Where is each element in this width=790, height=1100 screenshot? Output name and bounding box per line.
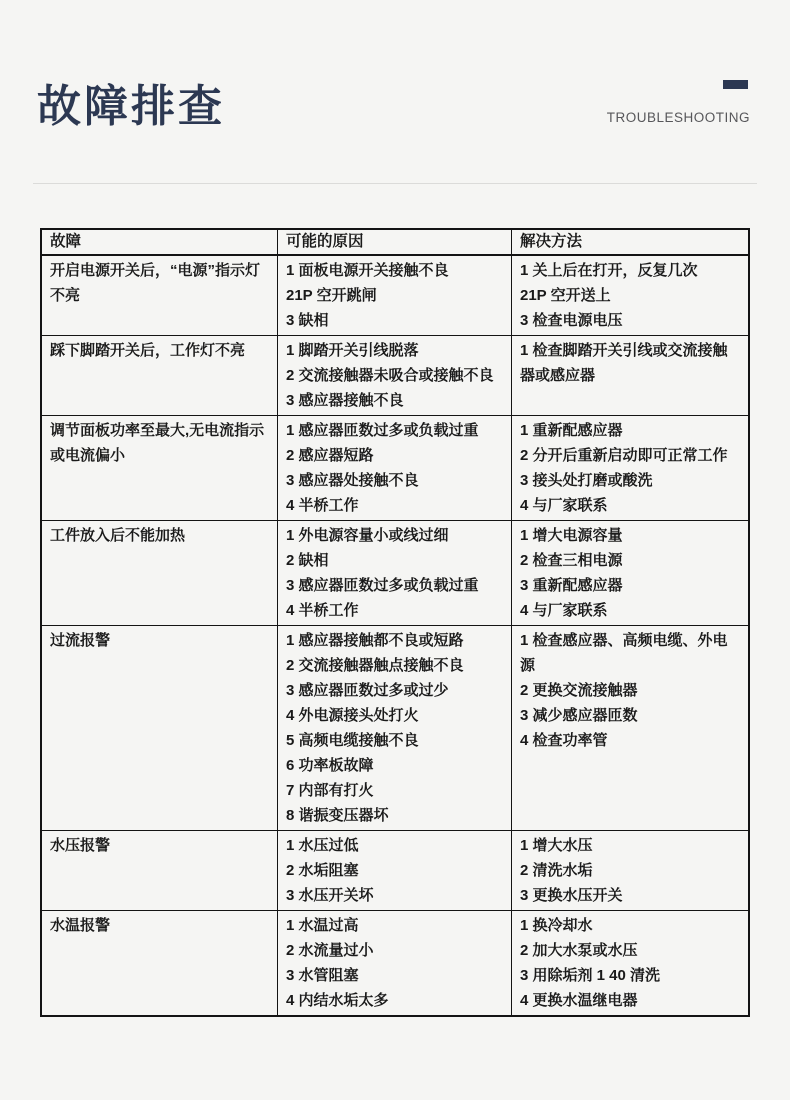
table-header-row: 故障 可能的原因 解决方法 bbox=[42, 230, 748, 256]
solutions-cell: 1 重新配感应器2 分开后重新启动即可正常工作3 接头处打磨或酸洗4 与厂家联系 bbox=[512, 416, 748, 520]
cell-line: 3 缺相 bbox=[286, 308, 503, 333]
cell-line: 1 外电源容量小或线过细 bbox=[286, 523, 503, 548]
header-divider bbox=[33, 183, 757, 184]
causes-cell: 1 感应器接触都不良或短路2 交流接触器触点接触不良3 感应器匝数过多或过少4 … bbox=[278, 626, 512, 830]
solutions-cell: 1 增大水压2 清洗水垢3 更换水压开关 bbox=[512, 831, 748, 910]
cell-line: 3 更换水压开关 bbox=[520, 883, 740, 908]
causes-cell: 1 水温过高2 水流量过小3 水管阻塞4 内结水垢太多 bbox=[278, 911, 512, 1015]
cell-line: 3 感应器接触不良 bbox=[286, 388, 503, 413]
cell-line: 2 加大水泵或水压 bbox=[520, 938, 740, 963]
cell-line: 21P 空开送上 bbox=[520, 283, 740, 308]
table-row: 踩下脚踏开关后，工作灯不亮 1 脚踏开关引线脱落2 交流接触器未吸合或接触不良3… bbox=[42, 336, 748, 416]
cell-line: 2 感应器短路 bbox=[286, 443, 503, 468]
cell-line: 2 分开后重新启动即可正常工作 bbox=[520, 443, 740, 468]
cell-line: 1 脚踏开关引线脱落 bbox=[286, 338, 503, 363]
cell-line: 3 检查电源电压 bbox=[520, 308, 740, 333]
page-title: 故障排查 bbox=[37, 70, 225, 134]
column-header-solutions: 解决方法 bbox=[512, 230, 748, 254]
causes-cell: 1 水压过低2 水垢阻塞3 水压开关坏 bbox=[278, 831, 512, 910]
fault-cell: 水压报警 bbox=[42, 831, 278, 910]
cell-line: 3 接头处打磨或酸洗 bbox=[520, 468, 740, 493]
fault-cell: 工件放入后不能加热 bbox=[42, 521, 278, 625]
cell-line: 2 缺相 bbox=[286, 548, 503, 573]
cell-line: 1 感应器匝数过多或负载过重 bbox=[286, 418, 503, 443]
causes-cell: 1 脚踏开关引线脱落2 交流接触器未吸合或接触不良3 感应器接触不良 bbox=[278, 336, 512, 415]
table-row: 开启电源开关后，“电源”指示灯不亮 1 面板电源开关接触不良21P 空开跳闸3 … bbox=[42, 256, 748, 336]
cell-line: 2 水流量过小 bbox=[286, 938, 503, 963]
cell-line: 4 与厂家联系 bbox=[520, 493, 740, 518]
table-row: 水压报警 1 水压过低2 水垢阻塞3 水压开关坏 1 增大水压2 清洗水垢3 更… bbox=[42, 831, 748, 911]
cell-line: 2 交流接触器触点接触不良 bbox=[286, 653, 503, 678]
cell-line: 1 感应器接触都不良或短路 bbox=[286, 628, 503, 653]
cell-line: 4 半桥工作 bbox=[286, 493, 503, 518]
cell-line: 2 清洗水垢 bbox=[520, 858, 740, 883]
cell-line: 3 感应器处接触不良 bbox=[286, 468, 503, 493]
troubleshooting-table: 故障 可能的原因 解决方法 开启电源开关后，“电源”指示灯不亮 1 面板电源开关… bbox=[40, 228, 750, 1017]
dash-icon bbox=[723, 80, 748, 89]
cell-line: 3 水管阻塞 bbox=[286, 963, 503, 988]
cell-line: 3 感应器匝数过多或负载过重 bbox=[286, 573, 503, 598]
cell-line: 7 内部有打火 bbox=[286, 778, 503, 803]
cell-line: 6 功率板故障 bbox=[286, 753, 503, 778]
cell-line: 3 感应器匝数过多或过少 bbox=[286, 678, 503, 703]
cell-line: 4 与厂家联系 bbox=[520, 598, 740, 623]
solutions-cell: 1 检查脚踏开关引线或交流接触器或感应器 bbox=[512, 336, 748, 415]
cell-line: 2 交流接触器未吸合或接触不良 bbox=[286, 363, 503, 388]
column-header-fault: 故障 bbox=[42, 230, 278, 254]
cell-line: 3 用除垢剂 1 40 清洗 bbox=[520, 963, 740, 988]
cell-line: 1 关上后在打开，反复几次 bbox=[520, 258, 740, 283]
cell-line: 1 水温过高 bbox=[286, 913, 503, 938]
page-subtitle: TROUBLESHOOTING bbox=[607, 110, 750, 125]
solutions-cell: 1 关上后在打开，反复几次21P 空开送上3 检查电源电压 bbox=[512, 256, 748, 335]
fault-cell: 调节面板功率至最大,无电流指示或电流偏小 bbox=[42, 416, 278, 520]
cell-line: 3 减少感应器匝数 bbox=[520, 703, 740, 728]
cell-line: 4 内结水垢太多 bbox=[286, 988, 503, 1013]
cell-line: 4 外电源接头处打火 bbox=[286, 703, 503, 728]
causes-cell: 1 外电源容量小或线过细2 缺相3 感应器匝数过多或负载过重4 半桥工作 bbox=[278, 521, 512, 625]
fault-cell: 过流报警 bbox=[42, 626, 278, 830]
table-row: 工件放入后不能加热 1 外电源容量小或线过细2 缺相3 感应器匝数过多或负载过重… bbox=[42, 521, 748, 626]
cell-line: 21P 空开跳闸 bbox=[286, 283, 503, 308]
cell-line: 4 半桥工作 bbox=[286, 598, 503, 623]
cell-line: 1 重新配感应器 bbox=[520, 418, 740, 443]
cell-line: 1 增大水压 bbox=[520, 833, 740, 858]
cell-line: 1 水压过低 bbox=[286, 833, 503, 858]
fault-cell: 开启电源开关后，“电源”指示灯不亮 bbox=[42, 256, 278, 335]
cell-line: 1 检查感应器、高频电缆、外电源 bbox=[520, 628, 740, 678]
cell-line: 5 高频电缆接触不良 bbox=[286, 728, 503, 753]
table-row: 过流报警 1 感应器接触都不良或短路2 交流接触器触点接触不良3 感应器匝数过多… bbox=[42, 626, 748, 831]
cell-line: 1 增大电源容量 bbox=[520, 523, 740, 548]
table-row: 水温报警 1 水温过高2 水流量过小3 水管阻塞4 内结水垢太多 1 换冷却水2… bbox=[42, 911, 748, 1015]
cell-line: 3 重新配感应器 bbox=[520, 573, 740, 598]
cell-line: 1 检查脚踏开关引线或交流接触器或感应器 bbox=[520, 338, 740, 388]
causes-cell: 1 感应器匝数过多或负载过重2 感应器短路3 感应器处接触不良4 半桥工作 bbox=[278, 416, 512, 520]
solutions-cell: 1 检查感应器、高频电缆、外电源2 更换交流接触器3 减少感应器匝数4 检查功率… bbox=[512, 626, 748, 830]
cell-line: 3 水压开关坏 bbox=[286, 883, 503, 908]
cell-line: 1 面板电源开关接触不良 bbox=[286, 258, 503, 283]
cell-line: 2 检查三相电源 bbox=[520, 548, 740, 573]
causes-cell: 1 面板电源开关接触不良21P 空开跳闸3 缺相 bbox=[278, 256, 512, 335]
cell-line: 8 谐振变压器坏 bbox=[286, 803, 503, 828]
table-row: 调节面板功率至最大,无电流指示或电流偏小 1 感应器匝数过多或负载过重2 感应器… bbox=[42, 416, 748, 521]
cell-line: 4 检查功率管 bbox=[520, 728, 740, 753]
solutions-cell: 1 增大电源容量2 检查三相电源3 重新配感应器4 与厂家联系 bbox=[512, 521, 748, 625]
solutions-cell: 1 换冷却水2 加大水泵或水压3 用除垢剂 1 40 清洗4 更换水温继电器 bbox=[512, 911, 748, 1015]
column-header-causes: 可能的原因 bbox=[278, 230, 512, 254]
cell-line: 1 换冷却水 bbox=[520, 913, 740, 938]
cell-line: 2 水垢阻塞 bbox=[286, 858, 503, 883]
cell-line: 2 更换交流接触器 bbox=[520, 678, 740, 703]
cell-line: 4 更换水温继电器 bbox=[520, 988, 740, 1013]
fault-cell: 踩下脚踏开关后，工作灯不亮 bbox=[42, 336, 278, 415]
fault-cell: 水温报警 bbox=[42, 911, 278, 1015]
